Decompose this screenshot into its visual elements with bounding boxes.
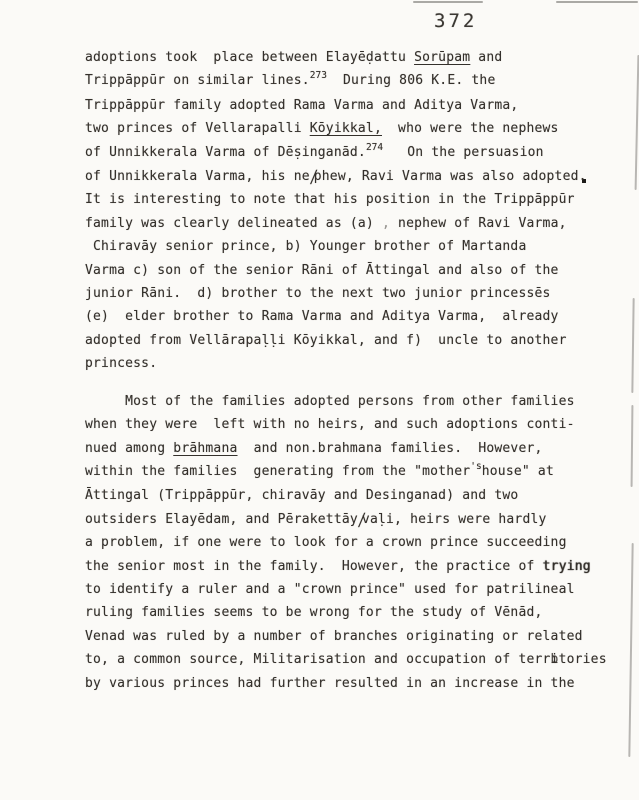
text-line: two princes of Vellarapalli Kōyikkal, wh…: [85, 117, 595, 140]
text-segment: adopted from Vellārapaḷḷi Kōyikkal, and …: [85, 333, 567, 348]
text-line: the senior most in the family. However, …: [85, 555, 595, 578]
text-segment: to identify a ruler and a "crown prince"…: [85, 582, 575, 597]
text-line: of Unnikkerala Varma, his ne/phew, Ravi …: [85, 165, 595, 188]
text-segment: a problem, if one were to look for a cro…: [85, 535, 567, 550]
text-line: ruling families seems to be wrong for th…: [85, 601, 595, 624]
text-segment: phew, Ravi Varma was also adopted.: [314, 169, 587, 184]
text-line: when they were left with no heirs, and s…: [85, 413, 595, 436]
text-segment: ruling families seems to be wrong for th…: [85, 605, 543, 620]
text-segment: and non.brahmana families. However,: [238, 441, 543, 456]
text-line: Most of the families adopted persons fro…: [85, 390, 595, 413]
text-segment: house" at: [482, 464, 554, 479]
text-segment: Most of the families adopted persons fro…: [85, 394, 575, 409]
text-segment: when they were left with no heirs, and s…: [85, 417, 575, 432]
text-segment: On the persuasion: [383, 145, 544, 160]
text-segment: 273: [310, 64, 327, 87]
paragraph: adoptions took place between Elayēḍattu …: [85, 46, 595, 376]
text-segment: trying: [543, 559, 591, 574]
text-segment: ,: [382, 216, 390, 231]
text-segment: vaḷi, heirs were hardly: [362, 512, 547, 527]
text-line: adoptions took place between Elayēḍattu …: [85, 46, 595, 69]
text-line: of Unnikkerala Varma of Dēṣinganād.274 O…: [85, 141, 595, 165]
text-segment: brāhmana: [173, 441, 237, 456]
text-line: Venad was ruled by a number of branches …: [85, 625, 595, 648]
text-segment: 274: [366, 136, 383, 159]
text-line: outsiders Elayēdam, and Pērakettāy/vaḷi,…: [85, 508, 595, 531]
text-segment: who were the nephews: [382, 121, 559, 136]
scan-artifact-right-line-1: [635, 55, 639, 190]
text-line: within the families generating from the …: [85, 460, 595, 484]
text-segment: princess.: [85, 356, 157, 371]
text-line: Chiravāy senior prince, b) Younger broth…: [85, 235, 595, 258]
scan-artifact-right-line-3: [631, 405, 633, 487]
text-segment: the senior most in the family. However, …: [85, 559, 543, 574]
text-segment: 's: [470, 455, 481, 478]
text-segment: two princes of Vellarapalli: [85, 121, 310, 136]
scan-artifact-top-line-1: [413, 1, 483, 3]
text-line: adopted from Vellārapaḷḷi Kōyikkal, and …: [85, 329, 595, 352]
paragraph: Most of the families adopted persons fro…: [85, 390, 595, 695]
text-segment: (e) elder brother to Rama Varma and Adit…: [85, 309, 559, 324]
text-line: princess.: [85, 352, 595, 375]
text-segment: Chiravāy senior prince, b) Younger broth…: [85, 239, 526, 254]
page-number: 372: [434, 10, 477, 32]
text-line: Varma c) son of the senior Rāni of Āttin…: [85, 259, 595, 282]
text-segment: and: [470, 50, 502, 65]
text-line: (e) elder brother to Rama Varma and Adit…: [85, 305, 595, 328]
text-line: Trippāppūr on similar lines.273 During 8…: [85, 69, 595, 93]
text-segment: to, a common source, Militarisation and …: [85, 652, 551, 667]
text-segment: of Unnikkerala Varma of Dēṣinganād.: [85, 145, 366, 160]
text-segment: Varma c) son of the senior Rāni of Āttin…: [85, 263, 559, 278]
text-line: junior Rāni. d) brother to the next two …: [85, 282, 595, 305]
text-segment: Sorūpam: [414, 50, 470, 65]
text-line: Āttingal (Trippāppūr, chiravāy and Desin…: [85, 484, 595, 507]
text-segment: Trippāppūr family adopted Rama Varma and…: [85, 98, 518, 113]
text-line: It is interesting to note that his posit…: [85, 188, 595, 211]
text-line: family was clearly delineated as (a) , n…: [85, 212, 595, 235]
text-segment: junior Rāni. d) brother to the next two …: [85, 286, 551, 301]
text-segment: family was clearly delineated as (a): [85, 216, 382, 231]
text-segment: nephew of Ravi Varma,: [390, 216, 567, 231]
text-segment: During 806 K.E. the: [327, 73, 496, 88]
text-segment: nued among: [85, 441, 173, 456]
text-line: a problem, if one were to look for a cro…: [85, 531, 595, 554]
page-body: adoptions took place between Elayēḍattu …: [85, 46, 595, 695]
text-line: nued among brāhmana and non.brahmana fam…: [85, 437, 595, 460]
text-line: by various princes had further resulted …: [85, 672, 595, 695]
text-segment: Kōyikkal,: [310, 121, 382, 136]
text-line: to identify a ruler and a "crown prince"…: [85, 578, 595, 601]
text-segment: of Unnikkerala Varma, his ne: [85, 169, 310, 184]
text-segment: Trippāppūr on similar lines.: [85, 73, 310, 88]
text-segment: outsiders Elayēdam, and Pērakettāy: [85, 512, 358, 527]
text-segment: adoptions took place between Elayēḍattu: [85, 50, 414, 65]
text-segment: within the families generating from the …: [85, 464, 470, 479]
text-segment: It is interesting to note that his posit…: [85, 192, 575, 207]
scan-artifact-right-line-2: [631, 298, 634, 393]
scan-artifact-right-line-4: [628, 543, 633, 757]
text-segment: by various princes had further resulted …: [85, 676, 575, 691]
text-segment: Venad was ruled by a number of branches …: [85, 629, 583, 644]
text-segment: Āttingal (Trippāppūr, chiravāy and Desin…: [85, 488, 518, 503]
text-line: to, a common source, Militarisation and …: [85, 648, 595, 671]
document-page: 372 adoptions took place between Elayēḍa…: [0, 0, 639, 800]
scan-artifact-top-line-2: [556, 1, 638, 3]
text-line: Trippāppūr family adopted Rama Varma and…: [85, 94, 595, 117]
